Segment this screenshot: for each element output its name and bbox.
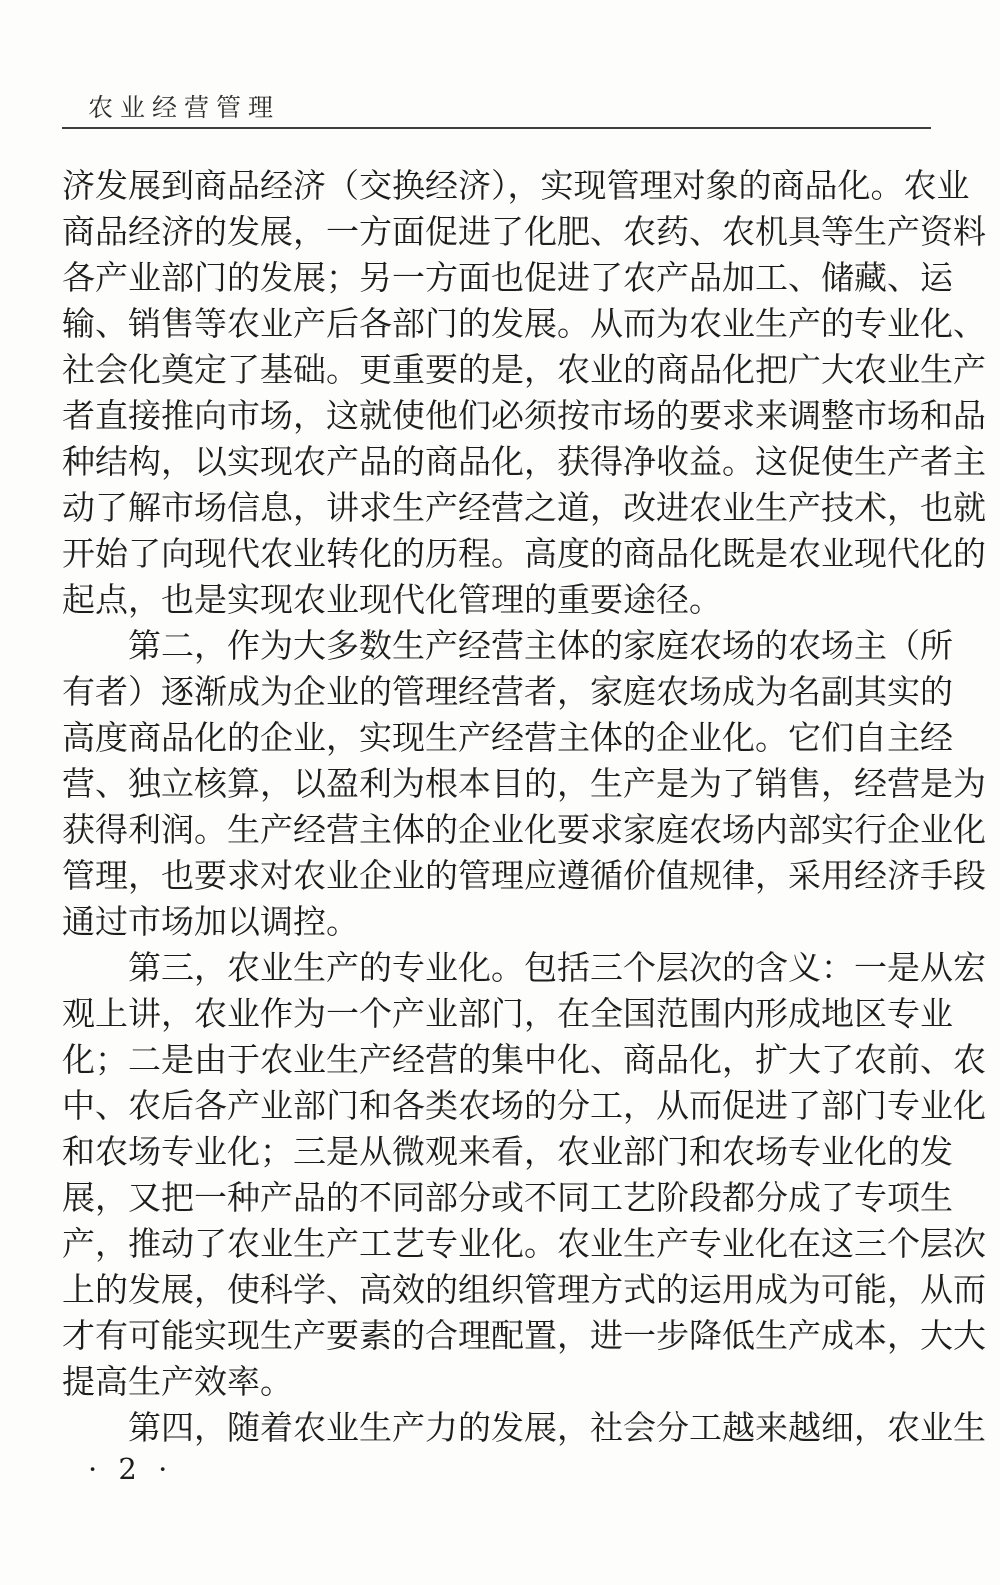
text-line: 营、独立核算，以盈利为根本目的，生产是为了销售，经营是为 (62, 761, 931, 807)
book-page: 农业经营管理 济发展到商品经济（交换经济），实现管理对象的商品化。农业 商品经济… (0, 0, 1000, 1585)
text-line: 提高生产效率。 (62, 1359, 931, 1405)
text-line: 济发展到商品经济（交换经济），实现管理对象的商品化。农业 (62, 163, 931, 209)
text-line: 高度商品化的企业，实现生产经营主体的企业化。它们自主经 (62, 715, 931, 761)
text-line: 产，推动了农业生产工艺专业化。农业生产专业化在这三个层次 (62, 1221, 931, 1267)
text-line: 观上讲，农业作为一个产业部门，在全国范围内形成地区专业 (62, 991, 931, 1037)
text-line: 和农场专业化；三是从微观来看，农业部门和农场专业化的发 (62, 1129, 931, 1175)
text-line: 化；二是由于农业生产经营的集中化、商品化，扩大了农前、农 (62, 1037, 931, 1083)
running-header: 农业经营管理 (88, 88, 280, 124)
text-line: 管理，也要求对农业企业的管理应遵循价值规律，采用经济手段 (62, 853, 931, 899)
text-line: 有者）逐渐成为企业的管理经营者，家庭农场成为名副其实的 (62, 669, 931, 715)
text-line: 中、农后各产业部门和各类农场的分工，从而促进了部门专业化 (62, 1083, 931, 1129)
text-line: 通过市场加以调控。 (62, 899, 931, 945)
text-line: 社会化奠定了基础。更重要的是，农业的商品化把广大农业生产 (62, 347, 931, 393)
text-line: 起点，也是实现农业现代化管理的重要途径。 (62, 577, 931, 623)
text-line: 第三，农业生产的专业化。包括三个层次的含义：一是从宏 (62, 945, 931, 991)
text-line: 动了解市场信息，讲求生产经营之道，改进农业生产技术，也就 (62, 485, 931, 531)
header-rule (62, 127, 931, 129)
text-line: 展，又把一种产品的不同部分或不同工艺阶段都分成了专项生 (62, 1175, 931, 1221)
text-line: 开始了向现代农业转化的历程。高度的商品化既是农业现代化的 (62, 531, 931, 577)
text-line: 者直接推向市场，这就使他们必须按市场的要求来调整市场和品 (62, 393, 931, 439)
text-line: 输、销售等农业产后各部门的发展。从而为农业生产的专业化、 (62, 301, 931, 347)
body-text: 济发展到商品经济（交换经济），实现管理对象的商品化。农业 商品经济的发展，一方面… (62, 163, 931, 1451)
text-line: 第四，随着农业生产力的发展，社会分工越来越细，农业生 (62, 1405, 931, 1451)
text-line: 获得利润。生产经营主体的企业化要求家庭农场内部实行企业化 (62, 807, 931, 853)
text-line: 商品经济的发展，一方面促进了化肥、农药、农机具等生产资料 (62, 209, 931, 255)
text-line: 才有可能实现生产要素的合理配置，进一步降低生产成本，大大 (62, 1313, 931, 1359)
text-line: 第二，作为大多数生产经营主体的家庭农场的农场主（所 (62, 623, 931, 669)
text-line: 种结构，以实现农产品的商品化，获得净收益。这促使生产者主 (62, 439, 931, 485)
page-number: · 2 · (88, 1452, 173, 1486)
text-line: 各产业部门的发展；另一方面也促进了农产品加工、储藏、运 (62, 255, 931, 301)
text-line: 上的发展，使科学、高效的组织管理方式的运用成为可能，从而 (62, 1267, 931, 1313)
